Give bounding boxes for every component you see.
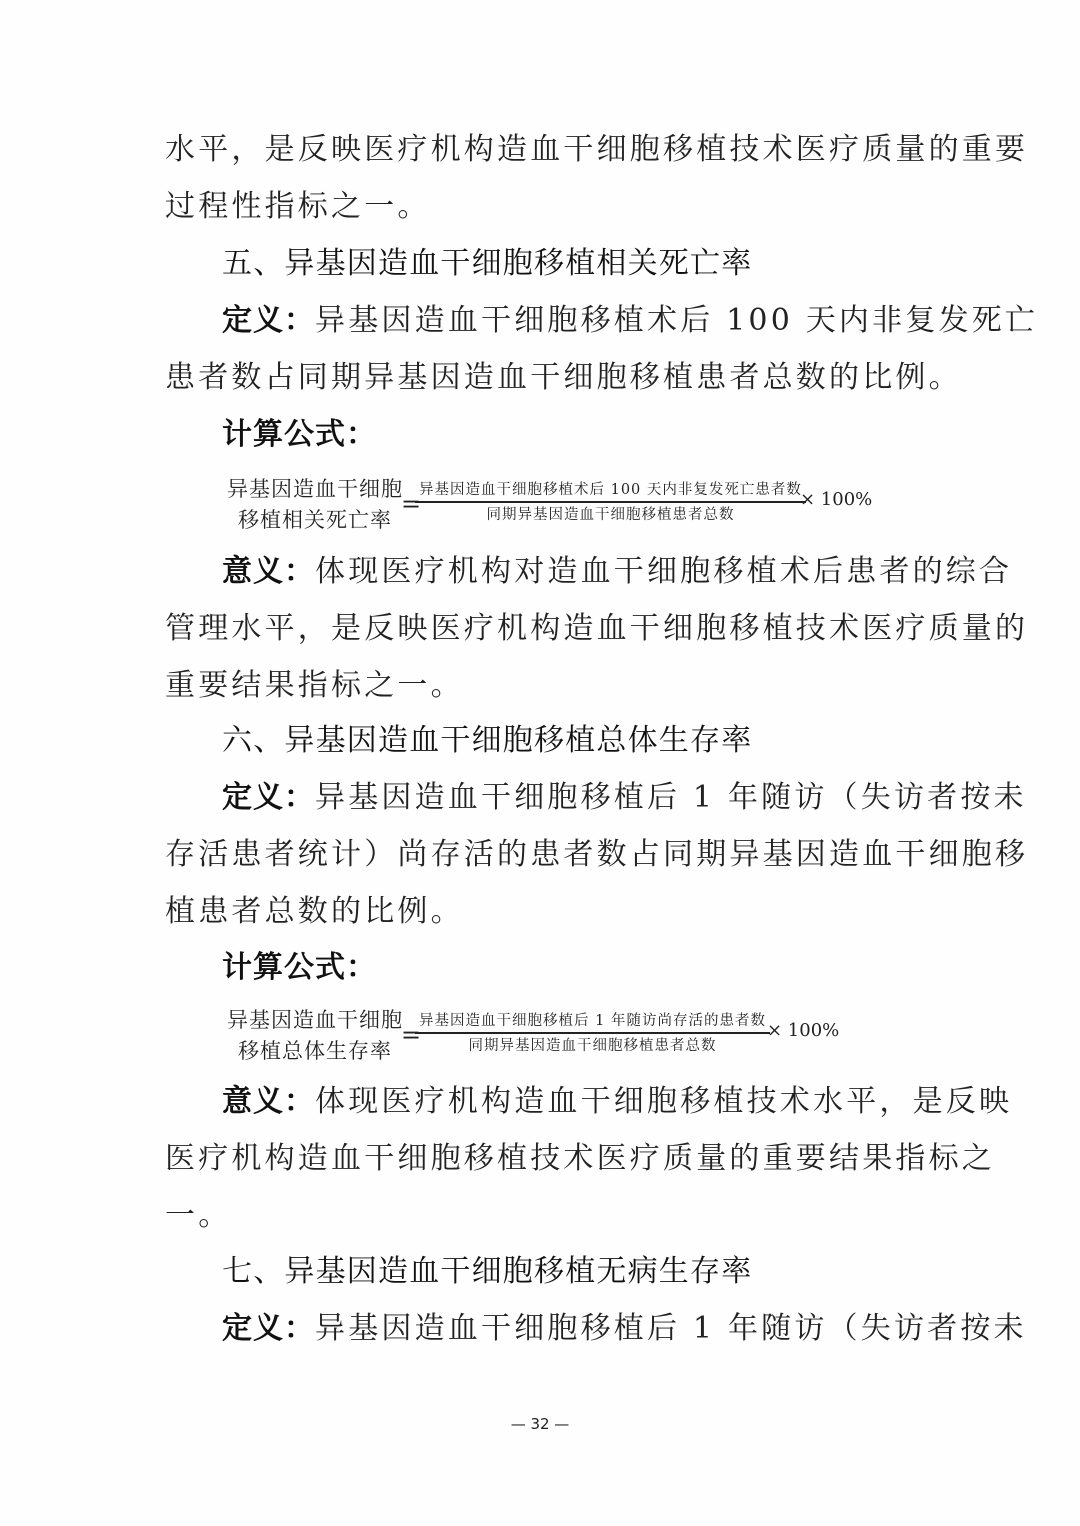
definition-label: 定义： [222,303,315,338]
section-heading-7: 七、异基因造血干细胞移植无病生存率 [222,1252,982,1292]
section-heading-6: 六、异基因造血干细胞移植总体生存率 [222,721,982,761]
formula-denominator: 同期异基因造血干细胞移植患者总数 [415,505,806,525]
definition-line: 定义：异基因造血干细胞移植后 1 年随访（失访者按未 [222,778,982,818]
significance-line: 一。 [165,1196,925,1236]
significance-label: 意义： [222,1084,315,1119]
formula-lhs-line: 移植相关死亡率 [225,505,405,536]
formula-lhs-line: 异基因造血干细胞 [225,1005,405,1036]
document-page: 水平，是反映医疗机构造血干细胞移植技术医疗质量的重要 过程性指标之一。 五、异基… [0,0,1080,1526]
definition-text: 异基因造血干细胞移植后 1 年随访（失访者按未 [315,780,1027,815]
formula-multiplier: × 100% [767,1019,839,1043]
definition-label: 定义： [222,1311,315,1346]
significance-text: 体现医疗机构对造血干细胞移植术后患者的综合 [315,554,1012,589]
formula-lhs-line: 异基因造血干细胞 [225,474,405,505]
definition-label: 定义： [222,780,315,815]
significance-label: 意义： [222,554,315,589]
definition-line: 定义：异基因造血干细胞移植后 1 年随访（失访者按未 [222,1309,982,1349]
formula-survival: 异基因造血干细胞 移植总体生存率 = 异基因造血干细胞移植后 1 年随访尚存活的… [225,1005,885,1075]
significance-line: 医疗机构造血干细胞移植技术医疗质量的重要结果指标之 [165,1139,925,1179]
formula-numerator: 异基因造血干细胞移植后 1 年随访尚存活的患者数 [415,1011,770,1031]
formula-denominator: 同期异基因造血干细胞移植患者总数 [415,1036,770,1056]
formula-fraction: 异基因造血干细胞移植后 1 年随访尚存活的患者数 同期异基因造血干细胞移植患者总… [415,1011,770,1056]
definition-text: 异基因造血干细胞移植后 1 年随访（失访者按未 [315,1311,1027,1346]
formula-multiplier: × 100% [800,488,872,512]
page-number: — 32 — [0,1415,1080,1433]
definition-line: 植患者总数的比例。 [165,892,925,932]
section-heading-5: 五、异基因造血干细胞移植相关死亡率 [222,244,982,284]
formula-lhs-line: 移植总体生存率 [225,1036,405,1067]
formula-numerator: 异基因造血干细胞移植术后 100 天内非复发死亡患者数 [415,480,806,500]
significance-line: 意义：体现医疗机构对造血干细胞移植术后患者的综合 [222,552,982,592]
formula-label: 计算公式： [222,948,982,988]
significance-line: 重要结果指标之一。 [165,666,925,706]
formula-fraction: 异基因造血干细胞移植术后 100 天内非复发死亡患者数 同期异基因造血干细胞移植… [415,480,806,525]
definition-text: 异基因造血干细胞移植术后 100 天内非复发死亡 [315,303,1038,338]
formula-lhs: 异基因造血干细胞 移植总体生存率 [225,1005,405,1067]
paragraph-line: 水平，是反映医疗机构造血干细胞移植技术医疗质量的重要 [165,130,925,170]
significance-line: 意义：体现医疗机构造血干细胞移植技术水平，是反映 [222,1082,982,1122]
paragraph-line: 过程性指标之一。 [165,187,925,227]
definition-line: 患者数占同期异基因造血干细胞移植患者总数的比例。 [165,358,925,398]
fraction-bar [415,1032,770,1034]
definition-line: 存活患者统计）尚存活的患者数占同期异基因造血干细胞移 [165,835,925,875]
fraction-bar [415,501,806,503]
formula-mortality: 异基因造血干细胞 移植相关死亡率 = 异基因造血干细胞移植术后 100 天内非复… [225,474,885,544]
definition-line: 定义：异基因造血干细胞移植术后 100 天内非复发死亡 [222,301,982,341]
formula-label: 计算公式： [222,415,982,455]
formula-lhs: 异基因造血干细胞 移植相关死亡率 [225,474,405,536]
significance-line: 管理水平，是反映医疗机构造血干细胞移植技术医疗质量的 [165,609,925,649]
significance-text: 体现医疗机构造血干细胞移植技术水平，是反映 [315,1084,1012,1119]
